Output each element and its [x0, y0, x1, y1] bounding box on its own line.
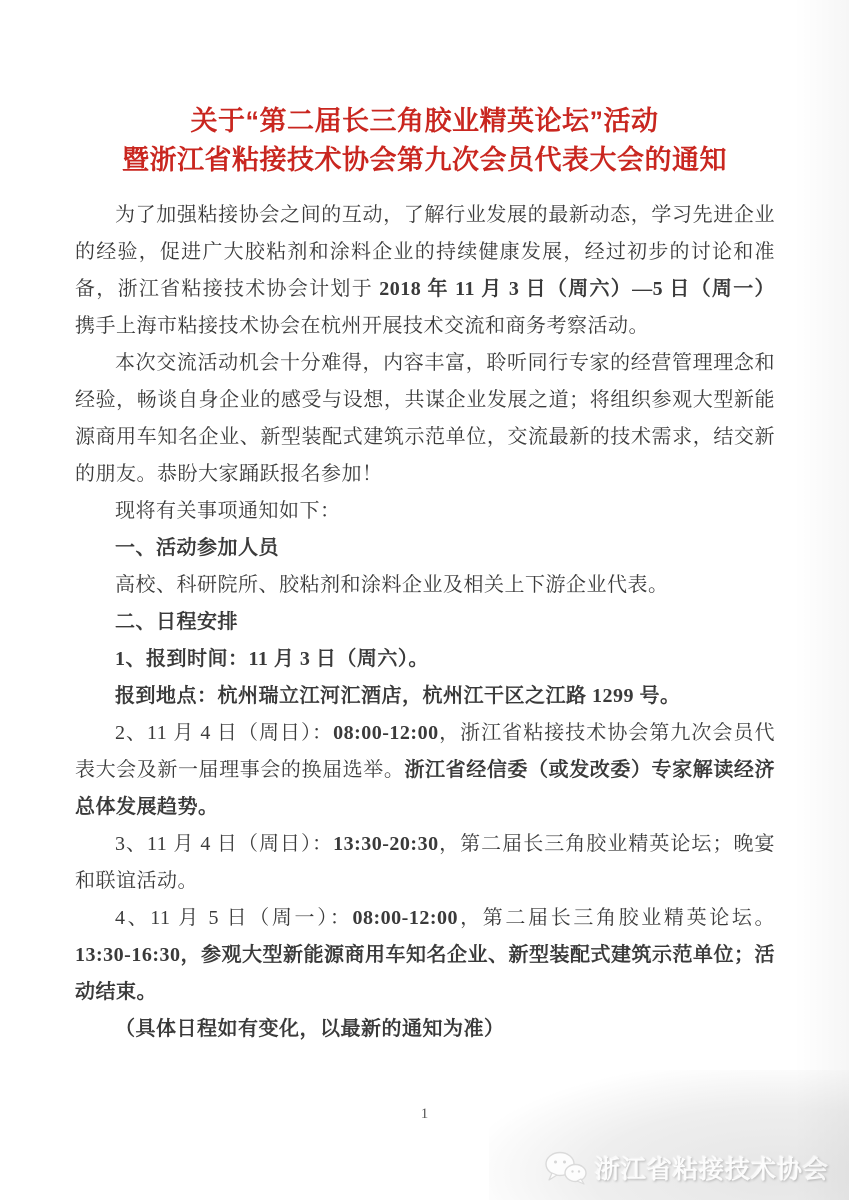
paragraph: 1、报到时间：11 月 3 日（周六）。 [75, 641, 775, 678]
body-text: ，第二届长三角胶业精英论坛。 [458, 907, 775, 929]
wechat-icon [544, 1150, 588, 1186]
watermark-label: 浙江省粘接技术协会 [595, 1150, 829, 1186]
bold-text: 08:00-12:00 [333, 722, 438, 744]
body-text: 高校、科研院所、胶粘剂和涂料企业及相关上下游企业代表。 [115, 574, 669, 596]
paragraph: 报到地点：杭州瑞立江河汇酒店，杭州江干区之江路 1299 号。 [75, 678, 775, 715]
document-page: 关于“第二届长三角胶业精英论坛”活动 暨浙江省粘接技术协会第九次会员代表大会的通… [0, 0, 849, 1200]
body-text: 本次交流活动机会十分难得，内容丰富，聆听同行专家的经营管理理念和经验，畅谈自身企… [75, 352, 775, 485]
watermark: 浙江省粘接技术协会 [544, 1150, 829, 1186]
bold-text: 13:30-20:30 [333, 833, 438, 855]
bold-text: 1、报到时间：11 月 3 日（周六）。 [115, 648, 429, 670]
bold-text: 08:00-12:00 [353, 907, 458, 929]
bold-text: 一、活动参加人员 [115, 537, 279, 559]
paragraph: （具体日程如有变化，以最新的通知为准） [75, 1011, 775, 1048]
body-text: 现将有关事项通知如下： [115, 500, 341, 522]
body-text: 携手上海市粘接技术协会在杭州开展技术交流和商务考察活动。 [75, 315, 649, 337]
bold-text: 2018 年 11 月 3 日（周六）—5 日（周一） [379, 278, 775, 300]
body-text: 4、11 月 5 日（周一）： [115, 907, 353, 929]
notice-title-line-1: 关于“第二届长三角胶业精英论坛”活动 [55, 102, 794, 141]
paragraph: 一、活动参加人员 [75, 530, 775, 567]
paragraph: 为了加强粘接协会之间的互动，了解行业发展的最新动态，学习先进企业的经验，促进广大… [75, 197, 775, 345]
paragraph: 4、11 月 5 日（周一）：08:00-12:00，第二届长三角胶业精英论坛。… [75, 900, 775, 1011]
notice-title-line-2: 暨浙江省粘接技术协会第九次会员代表大会的通知 [55, 141, 794, 180]
bold-text: （具体日程如有变化，以最新的通知为准） [115, 1018, 505, 1040]
bold-text: 13:30-16:30，参观大型新能源商用车知名企业、新型装配式建筑示范单位；活… [75, 944, 775, 1003]
bold-text: 二、日程安排 [115, 611, 238, 633]
paragraph: 二、日程安排 [75, 604, 775, 641]
paragraph: 本次交流活动机会十分难得，内容丰富，聆听同行专家的经营管理理念和经验，畅谈自身企… [75, 345, 775, 493]
notice-body: 为了加强粘接协会之间的互动，了解行业发展的最新动态，学习先进企业的经验，促进广大… [75, 197, 775, 1048]
paragraph: 高校、科研院所、胶粘剂和涂料企业及相关上下游企业代表。 [75, 567, 775, 604]
notice-title: 关于“第二届长三角胶业精英论坛”活动 暨浙江省粘接技术协会第九次会员代表大会的通… [55, 102, 794, 180]
paragraph: 2、11 月 4 日（周日）：08:00-12:00，浙江省粘接技术协会第九次会… [75, 715, 775, 826]
page-number: 1 [0, 1106, 849, 1123]
paragraph: 3、11 月 4 日（周日）：13:30-20:30，第二届长三角胶业精英论坛；… [75, 826, 775, 900]
bold-text: 报到地点：杭州瑞立江河汇酒店，杭州江干区之江路 1299 号。 [115, 685, 681, 707]
body-text: 2、11 月 4 日（周日）： [115, 722, 333, 744]
paragraph: 现将有关事项通知如下： [75, 493, 775, 530]
body-text: 3、11 月 4 日（周日）： [115, 833, 333, 855]
